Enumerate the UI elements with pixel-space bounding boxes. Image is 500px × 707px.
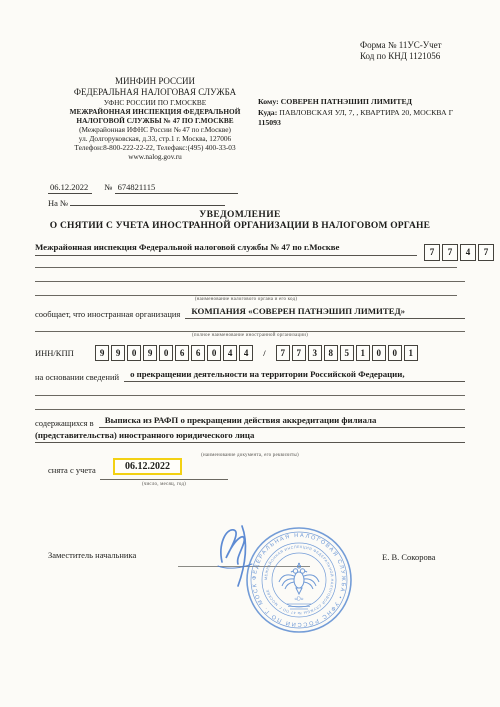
sender-line: Телефон:8-800-222-22-22, Телефакс:(495) …: [50, 143, 260, 152]
document-line-2: (представительства) иностранного юридиче…: [35, 430, 465, 443]
digit-cell: 7: [424, 244, 440, 261]
kpp-boxes: 773851001: [276, 345, 418, 361]
digit-cell: 1: [404, 345, 418, 361]
signer-position: Заместитель начальника: [48, 550, 136, 560]
digit-cell: 7: [478, 244, 494, 261]
authority-caption: (наименование налогового органа и его ко…: [35, 297, 457, 302]
digit-cell: 1: [356, 345, 370, 361]
digit-cell: 9: [95, 345, 109, 361]
deregistration-date-highlighted: 06.12.2022: [113, 458, 182, 475]
document-title: УВЕДОМЛЕНИЕ О СНЯТИИ С УЧЕТА ИНОСТРАННОЙ…: [20, 210, 460, 231]
sender-letterhead: МИНФИН РОССИИ ФЕДЕРАЛЬНАЯ НАЛОГОВАЯ СЛУЖ…: [50, 76, 260, 161]
form-info-block: Форма № 11УС-Учет Код по КНД 1121056: [360, 40, 442, 62]
organization-caption: (полное наименование иностранной организ…: [35, 333, 465, 338]
stamp-center-mark: «D»: [294, 597, 303, 603]
digit-cell: 0: [159, 345, 173, 361]
inn-kpp-row: ИНН/КПП 9909066044 / 773851001: [35, 345, 418, 361]
digit-cell: 7: [276, 345, 290, 361]
in-reply-blank: [70, 196, 225, 206]
authority-code-boxes: 7747: [424, 244, 494, 261]
knd-code: Код по КНД 1121056: [360, 51, 442, 62]
outgoing-number: 674821115: [115, 182, 238, 194]
digit-cell: 9: [111, 345, 125, 361]
contained-label: содержащихся в: [35, 418, 94, 428]
recipient-to-line: Кому: СОВЕРЕН ПАТНЭШИП ЛИМИТЕД: [258, 97, 490, 108]
recipient-to-value: СОВЕРЕН ПАТНЭШИП ЛИМИТЕД: [281, 97, 412, 106]
sender-line: ФЕДЕРАЛЬНАЯ НАЛОГОВАЯ СЛУЖБА: [50, 87, 260, 98]
handwritten-signature: [208, 520, 288, 600]
signer-name: Е. В. Сокорова: [382, 552, 435, 562]
sender-line: НАЛОГОВОЙ СЛУЖБЫ № 47 ПО Г.МОСКВЕ: [50, 116, 260, 125]
digit-cell: 7: [292, 345, 306, 361]
recipient-where-line: Куда: ПАВЛОВСКАЯ УЛ, 7, , КВАРТИРА 20, М…: [258, 108, 490, 119]
inn-kpp-label: ИНН/КПП: [35, 348, 93, 358]
sender-line: ул. Долгоруковская, д.33, стр.1 г. Москв…: [50, 134, 260, 143]
date-caption: (число, месяц, год): [100, 482, 228, 487]
sender-line: УФНС РОССИИ ПО Г.МОСКВЕ: [50, 98, 260, 107]
title-line-1: УВЕДОМЛЕНИЕ: [20, 210, 460, 220]
inn-boxes: 9909066044: [95, 345, 253, 361]
digit-cell: 0: [372, 345, 386, 361]
sender-line: МИНФИН РОССИИ: [50, 76, 260, 87]
informs-label: сообщает, что иностранная организация: [35, 309, 180, 319]
number-sign: №: [104, 182, 112, 192]
recipient-where-label: Куда:: [258, 108, 277, 117]
sender-website: www.nalog.gov.ru: [50, 152, 260, 161]
blank-line: [35, 267, 457, 268]
signature-stroke: [208, 520, 288, 600]
digit-cell: 3: [308, 345, 322, 361]
digit-cell: 0: [207, 345, 221, 361]
digit-cell: 4: [460, 244, 476, 261]
document-page: Форма № 11УС-Учет Код по КНД 1121056 МИН…: [0, 0, 500, 707]
digit-cell: 9: [143, 345, 157, 361]
digit-cell: 4: [223, 345, 237, 361]
form-number: Форма № 11УС-Учет: [360, 40, 442, 51]
reference-line-1: 06.12.2022 № 674821115: [48, 182, 238, 194]
outgoing-date: 06.12.2022: [48, 182, 92, 194]
blank-line: [35, 395, 465, 396]
postal-code-value: 115093: [258, 118, 281, 127]
in-reply-label: На №: [48, 198, 68, 208]
basis-label: на основании сведений: [35, 372, 119, 382]
reference-block: 06.12.2022 № 674821115 На №: [48, 182, 238, 208]
digit-cell: 0: [388, 345, 402, 361]
document-line-1: Выписка из РАФП о прекращении действия а…: [99, 415, 465, 428]
blank-line: [35, 331, 465, 332]
organization-name: КОМПАНИЯ «СОВЕРЕН ПАТНЭШИП ЛИМИТЕД»: [185, 306, 465, 319]
digit-cell: 6: [191, 345, 205, 361]
reference-line-2: На №: [48, 196, 238, 208]
basis-row: на основании сведений о прекращении деят…: [35, 369, 465, 382]
digit-cell: 8: [324, 345, 338, 361]
title-line-2: О СНЯТИИ С УЧЕТА ИНОСТРАННОЙ ОРГАНИЗАЦИИ…: [20, 221, 460, 231]
document-caption: (наименование документа, его реквизиты): [35, 453, 465, 458]
blank-line: [35, 409, 465, 410]
sender-line: МЕЖРАЙОННАЯ ИНСПЕКЦИЯ ФЕДЕРАЛЬНОЙ: [50, 107, 260, 116]
blank-line: [35, 281, 465, 282]
inn-kpp-separator: /: [263, 348, 265, 358]
digit-cell: 6: [175, 345, 189, 361]
stamp-hatch-lines: [287, 604, 311, 609]
digit-cell: 7: [442, 244, 458, 261]
authority-name: Межрайонная инспекция Федеральной налого…: [35, 242, 417, 256]
date-underline: [100, 479, 228, 480]
recipient-block: Кому: СОВЕРЕН ПАТНЭШИП ЛИМИТЕД Куда: ПАВ…: [258, 97, 490, 129]
basis-value: о прекращении деятельности на территории…: [124, 369, 465, 382]
digit-cell: 4: [239, 345, 253, 361]
informs-row: сообщает, что иностранная организация КО…: [35, 306, 465, 319]
digit-cell: 5: [340, 345, 354, 361]
document-row-1: содержащихся в Выписка из РАФП о прекращ…: [35, 415, 465, 428]
sender-line: (Межрайонная ИФНС России № 47 по г.Москв…: [50, 125, 260, 134]
recipient-postal-code: 115093: [258, 118, 490, 129]
digit-cell: 0: [127, 345, 141, 361]
recipient-where-value: ПАВЛОВСКАЯ УЛ, 7, , КВАРТИРА 20, МОСКВА …: [279, 108, 453, 117]
blank-line: [35, 295, 457, 296]
recipient-to-label: Кому:: [258, 97, 279, 106]
deregistration-label: снята с учета: [48, 465, 96, 475]
